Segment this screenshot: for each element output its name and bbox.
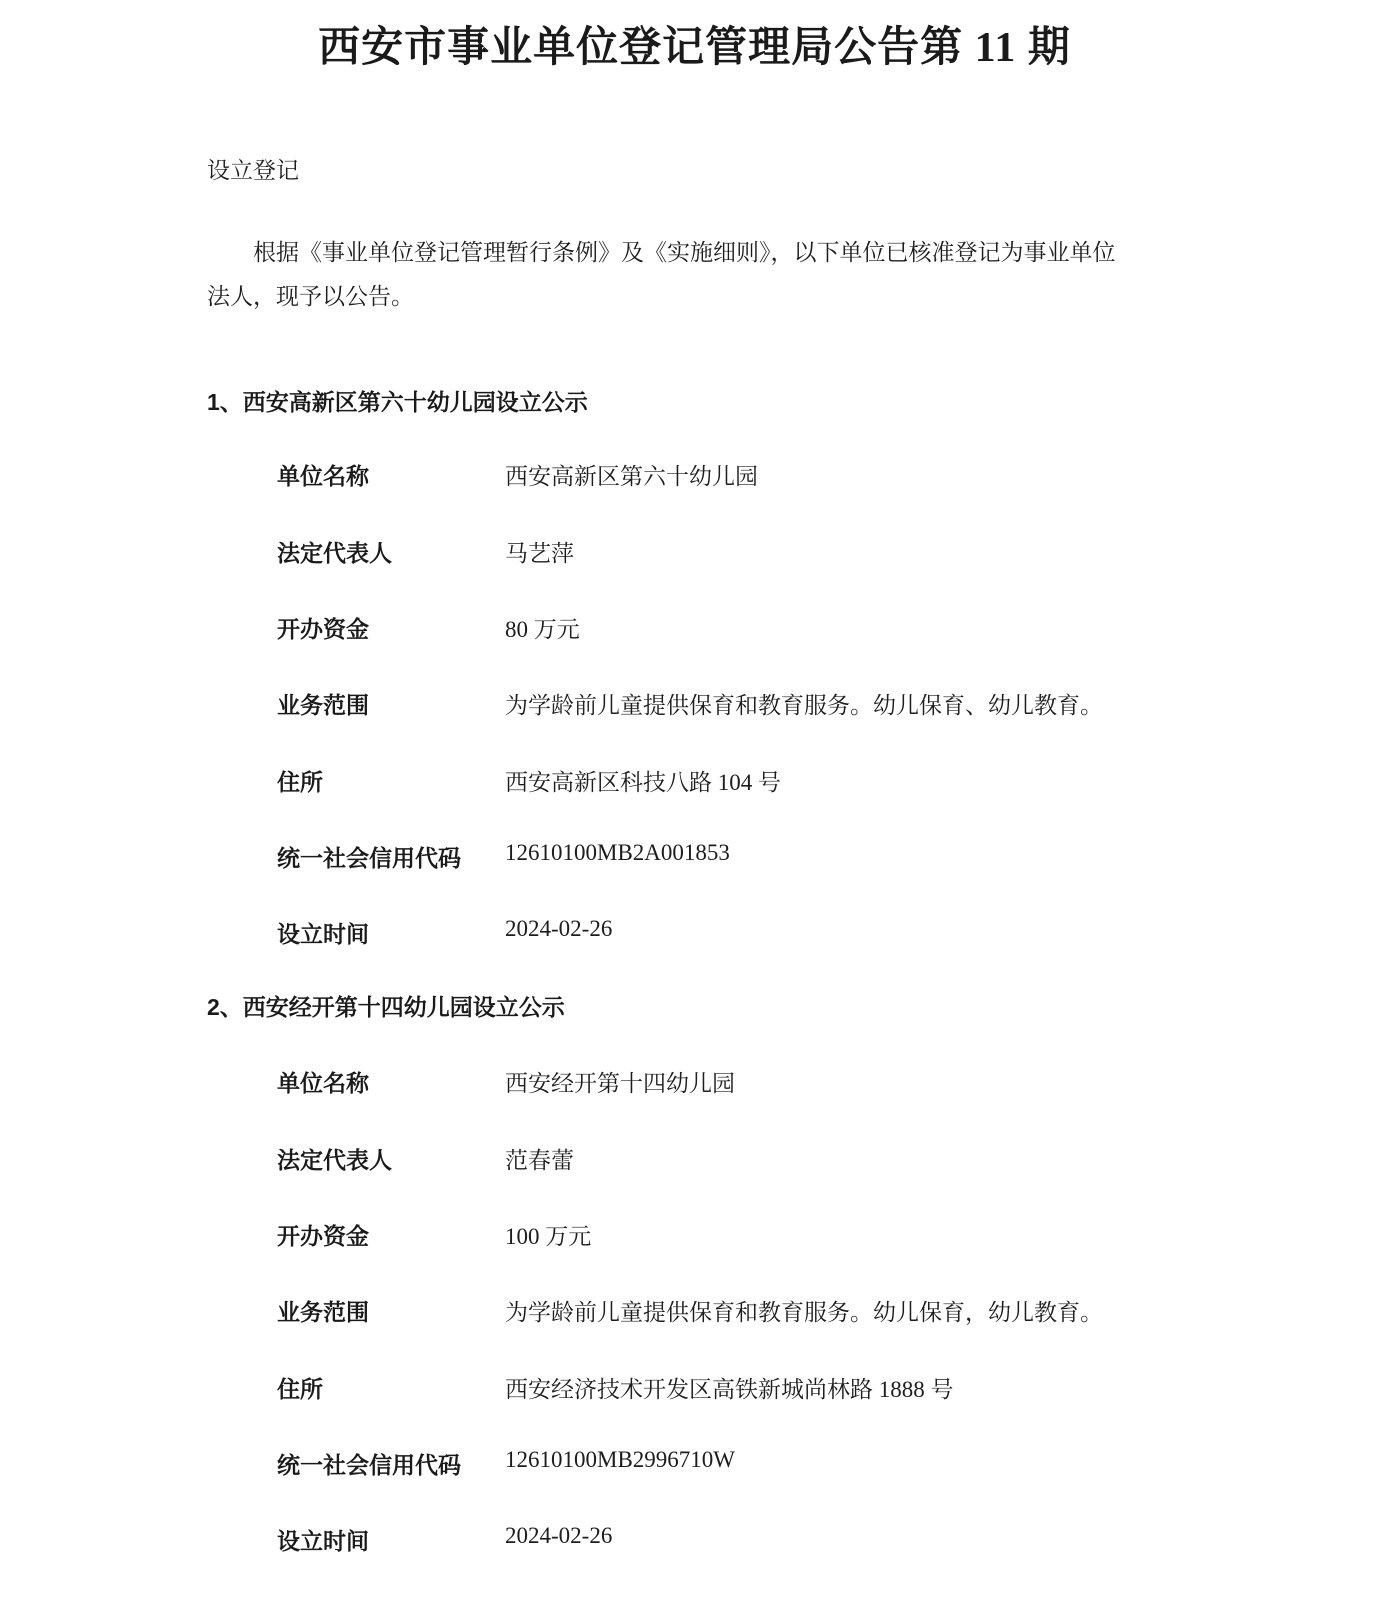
field-value: 马艺萍 <box>505 535 574 568</box>
field-label: 单位名称 <box>277 458 505 491</box>
field-value: 12610100MB2996710W <box>505 1447 735 1473</box>
field-label: 设立时间 <box>277 916 505 949</box>
field-value: 西安经济技术开发区高铁新城尚林路 1888 号 <box>505 1371 954 1404</box>
entry-1-row-unit-name: 单位名称 西安高新区第六十幼儿园 <box>277 458 758 491</box>
field-value: 西安经开第十四幼儿园 <box>505 1065 735 1098</box>
entry-2-heading: 2、西安经开第十四幼儿园设立公示 <box>207 989 565 1022</box>
field-label: 业务范围 <box>277 687 505 720</box>
field-value: 为学龄前儿童提供保育和教育服务。幼儿保育、幼儿教育。 <box>505 687 1103 720</box>
entry-1-heading: 1、西安高新区第六十幼儿园设立公示 <box>207 384 588 417</box>
intro-paragraph-line-2: 法人，现予以公告。 <box>207 282 1182 312</box>
field-value: 范春蕾 <box>505 1142 574 1175</box>
field-label: 法定代表人 <box>277 535 505 568</box>
field-label: 单位名称 <box>277 1065 505 1098</box>
field-value: 2024-02-26 <box>505 1523 612 1549</box>
field-label: 法定代表人 <box>277 1142 505 1175</box>
field-label: 设立时间 <box>277 1523 505 1556</box>
field-value: 为学龄前儿童提供保育和教育服务。幼儿保育，幼儿教育。 <box>505 1294 1103 1327</box>
entry-1-row-business-scope: 业务范围 为学龄前儿童提供保育和教育服务。幼儿保育、幼儿教育。 <box>277 687 1103 720</box>
entry-2-row-address: 住所 西安经济技术开发区高铁新城尚林路 1888 号 <box>277 1371 954 1404</box>
field-label: 统一社会信用代码 <box>277 1447 505 1480</box>
entry-2-row-credit-code: 统一社会信用代码 12610100MB2996710W <box>277 1447 735 1480</box>
field-label: 开办资金 <box>277 611 505 644</box>
field-value: 2024-02-26 <box>505 916 612 942</box>
intro-paragraph-line-1: 根据《事业单位登记管理暂行条例》及《实施细则》，以下单位已核准登记为事业单位 <box>207 238 1228 268</box>
entry-1-row-address: 住所 西安高新区科技八路 104 号 <box>277 764 781 797</box>
field-value: 西安高新区第六十幼儿园 <box>505 458 758 491</box>
entry-1-row-credit-code: 统一社会信用代码 12610100MB2A001853 <box>277 840 730 873</box>
field-label: 开办资金 <box>277 1218 505 1251</box>
document-title: 西安市事业单位登记管理局公告第 11 期 <box>0 14 1389 74</box>
section-heading: 设立登记 <box>207 152 299 185</box>
document-page: 西安市事业单位登记管理局公告第 11 期 设立登记 根据《事业单位登记管理暂行条… <box>0 0 1389 1600</box>
field-label: 统一社会信用代码 <box>277 840 505 873</box>
field-value: 100 万元 <box>505 1218 591 1251</box>
field-label: 住所 <box>277 1371 505 1404</box>
entry-2-row-capital: 开办资金 100 万元 <box>277 1218 591 1251</box>
field-label: 住所 <box>277 764 505 797</box>
field-value: 80 万元 <box>505 611 580 644</box>
entry-1-row-capital: 开办资金 80 万元 <box>277 611 580 644</box>
entry-2-row-legal-rep: 法定代表人 范春蕾 <box>277 1142 574 1175</box>
field-label: 业务范围 <box>277 1294 505 1327</box>
entry-1-row-legal-rep: 法定代表人 马艺萍 <box>277 535 574 568</box>
field-value: 12610100MB2A001853 <box>505 840 730 866</box>
entry-2-row-business-scope: 业务范围 为学龄前儿童提供保育和教育服务。幼儿保育，幼儿教育。 <box>277 1294 1103 1327</box>
field-value: 西安高新区科技八路 104 号 <box>505 764 781 797</box>
entry-1-row-establish-date: 设立时间 2024-02-26 <box>277 916 612 949</box>
entry-2-row-unit-name: 单位名称 西安经开第十四幼儿园 <box>277 1065 735 1098</box>
entry-2-row-establish-date: 设立时间 2024-02-26 <box>277 1523 612 1556</box>
